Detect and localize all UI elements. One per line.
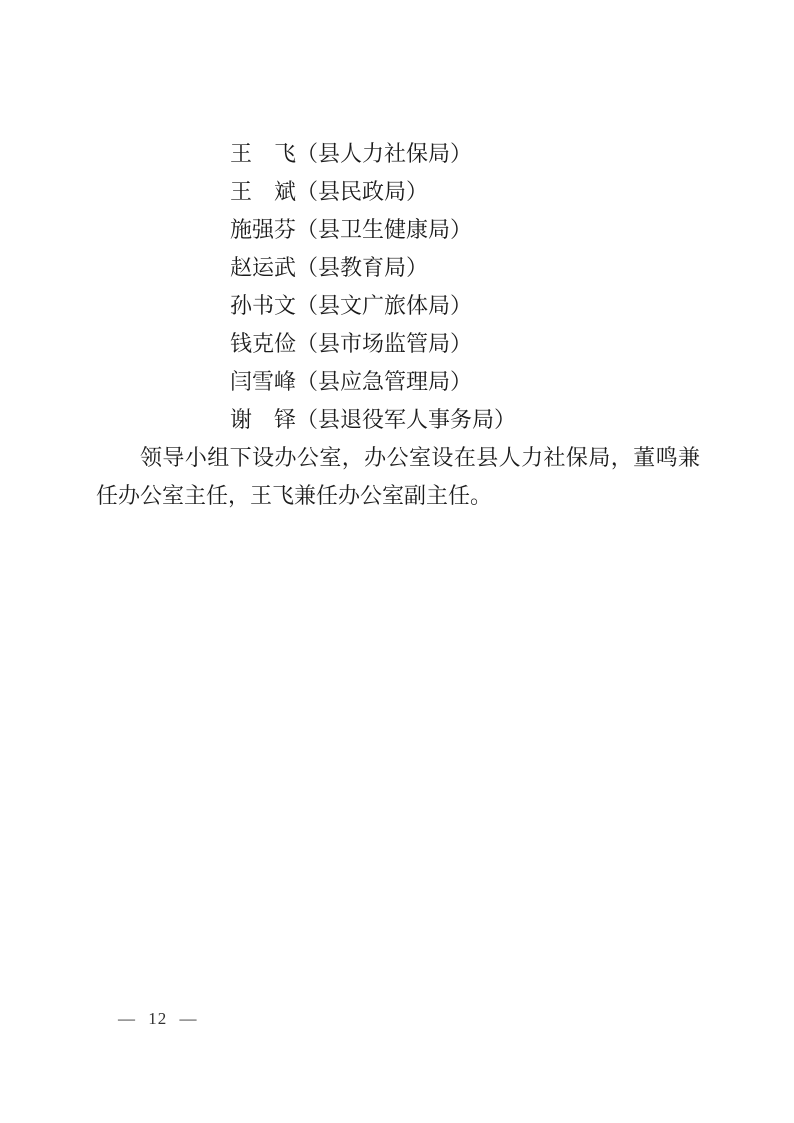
- member-list: 王 飞（县人力社保局） 王 斌（县民政局） 施强芬（县卫生健康局） 赵运武（县教…: [230, 135, 700, 439]
- body-paragraph: 领导小组下设办公室，办公室设在县人力社保局，董鸣兼任办公室主任，王飞兼任办公室副…: [96, 439, 700, 515]
- member-list-item: 施强芬（县卫生健康局）: [230, 211, 700, 249]
- member-list-item: 孙书文（县文广旅体局）: [230, 287, 700, 325]
- member-list-item: 赵运武（县教育局）: [230, 249, 700, 287]
- member-list-item: 王 飞（县人力社保局）: [230, 135, 700, 173]
- member-list-item: 王 斌（县民政局）: [230, 173, 700, 211]
- page-number: — 12 —: [118, 1004, 198, 1034]
- member-list-item: 闫雪峰（县应急管理局）: [230, 363, 700, 401]
- member-list-item: 钱克俭（县市场监管局）: [230, 325, 700, 363]
- member-list-item: 谢 铎（县退役军人事务局）: [230, 401, 700, 439]
- document-body: 王 飞（县人力社保局） 王 斌（县民政局） 施强芬（县卫生健康局） 赵运武（县教…: [96, 135, 700, 515]
- document-page: 王 飞（县人力社保局） 王 斌（县民政局） 施强芬（县卫生健康局） 赵运武（县教…: [0, 0, 794, 1123]
